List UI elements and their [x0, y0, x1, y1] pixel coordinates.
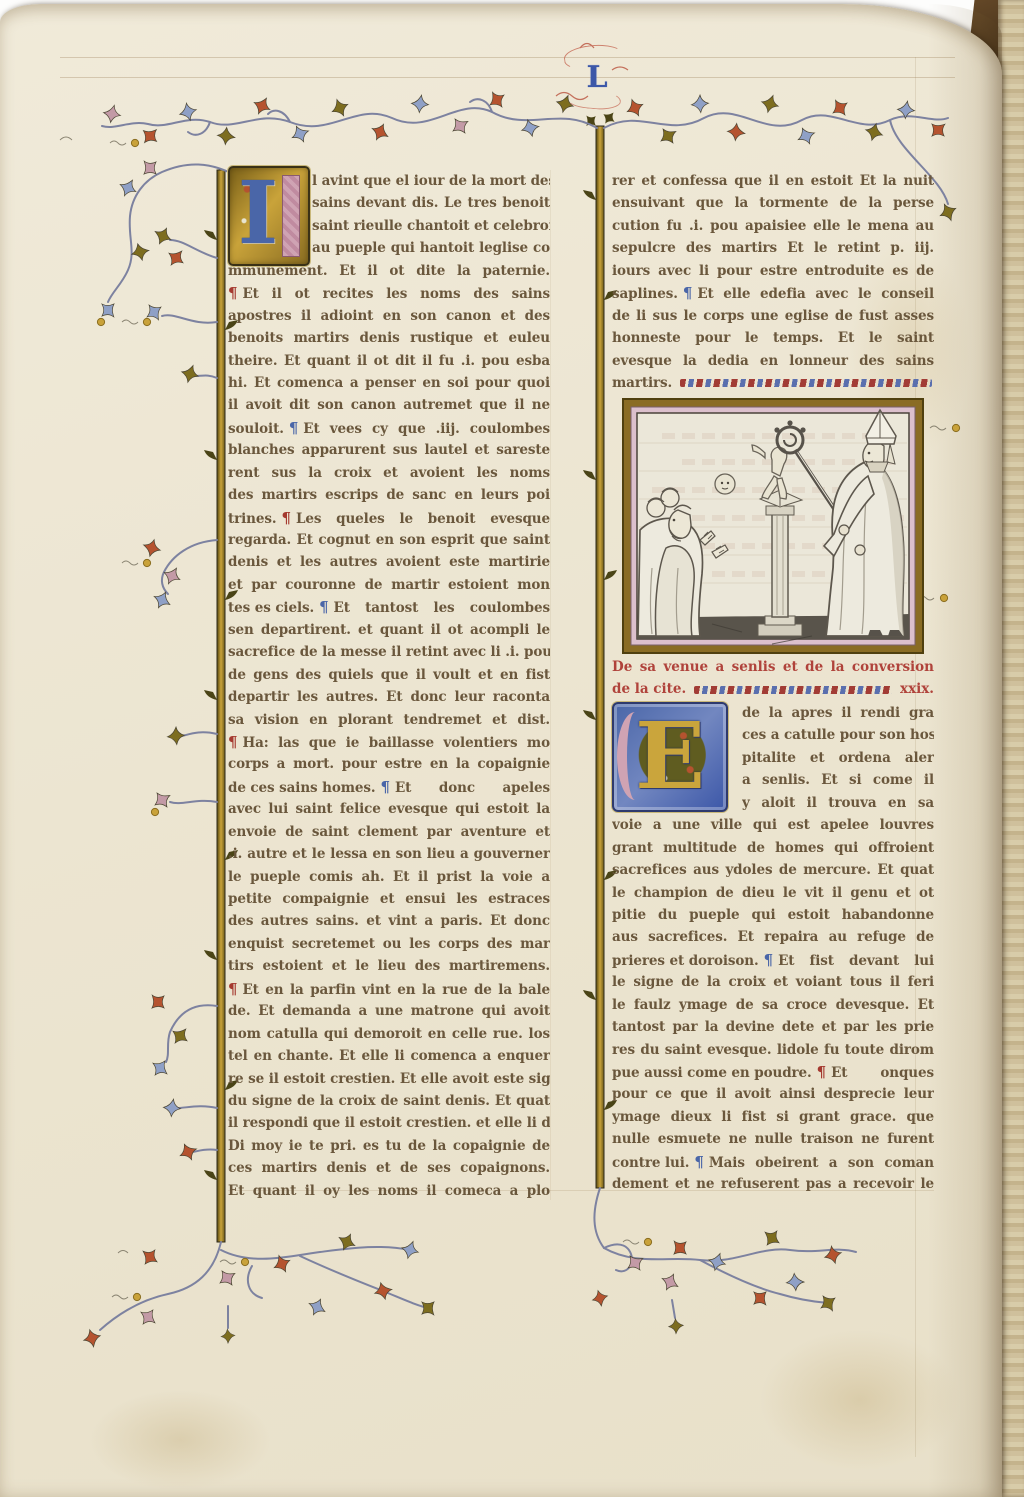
text-line: ¶Et en la parfin vint en la rue de la ba…	[228, 978, 550, 1000]
line-text: dement et ne refuserent pas a recevoir l…	[612, 1173, 934, 1195]
line-text: saplines.	[612, 283, 678, 305]
line-text: Les queles le benoit evesque	[296, 508, 550, 530]
text-line: sains devant dis. Le tres benoit	[312, 192, 550, 214]
text-line: trines.¶Les queles le benoit evesque	[228, 507, 550, 529]
line-text: le signe de la croix et voiant tous il f…	[612, 971, 934, 993]
text-line: re se il estoit crestien. Et elle avoit …	[228, 1068, 550, 1090]
line-text: de li sus le corps une eglise de fust as…	[612, 305, 934, 327]
line-text: nulle esmuete ne nulle traison ne furent	[612, 1128, 934, 1150]
line-text: corps a mort. pour estre en la copaignie	[228, 753, 550, 775]
line-text: iours avec li pour estre entroduite es d…	[612, 260, 934, 282]
text-line: souloit.¶Et vees cy que .iij. coulombes	[228, 417, 550, 439]
line-text: pue aussi come en poudre.	[612, 1062, 812, 1084]
line-text: tantost par la devine dete et par les pr…	[612, 1016, 934, 1038]
line-text: Et vees cy que .iij. coulombes	[303, 418, 550, 440]
line-text: envoie de saint clement par aventure et	[228, 821, 550, 843]
line-text: le champion de dieu le vit il genu et ot	[612, 882, 934, 904]
text-line: saplines.¶Et elle edefia avec le conseil	[612, 282, 934, 304]
text-line: ¶Ha: las que ie baillasse volentiers mo	[228, 731, 550, 753]
line-text: evesque la dedia en lonneur des sains	[612, 350, 934, 372]
line-text: le faulz ymage de sa croce devesque. Et	[612, 994, 934, 1016]
text-line: de gens des quiels que il voult et en fi…	[228, 664, 550, 686]
text-line: sacrefices aus ydoles de mercure. Et qua…	[612, 859, 934, 881]
chapter-number: xxix.	[900, 678, 934, 700]
line-text: sains devant dis. Le tres benoit	[312, 192, 550, 214]
right-text-column-chapter: de la apres il rendi graces a catulle po…	[612, 702, 934, 1196]
line-text: departir les autres. Et donc leur racont…	[228, 686, 550, 708]
line-text: de la apres il rendi gra	[742, 702, 934, 724]
line-text: Et il ot recites les noms des sains	[242, 283, 550, 305]
text-line: blanches apparurent sus lautel et sarest…	[228, 439, 550, 461]
pilcrow-mark: ¶	[228, 978, 237, 1000]
text-line: petite compaignie et ensui les estraces	[228, 888, 550, 910]
line-text: au pueple qui hantoit leglise co	[312, 237, 550, 259]
text-line: denis et les autres avoient este martiri…	[228, 551, 550, 573]
text-line: rent sus la croix et avoient les noms	[228, 462, 550, 484]
line-text: nom catulla qui demoroit en celle rue. l…	[228, 1023, 550, 1045]
text-line: grant multitude de homes qui offroient	[612, 837, 934, 859]
line-text: contre lui.	[612, 1152, 689, 1174]
pilcrow-mark: ¶	[764, 949, 773, 971]
text-line: ces martirs denis et de ses copaignons.	[228, 1157, 550, 1179]
line-text: rer et confessa que il en estoit Et la n…	[612, 170, 934, 192]
line-text: il avoit dit son canon autremet que il n…	[228, 394, 550, 416]
text-line: de. Et demanda a une matrone qui avoit	[228, 1000, 550, 1022]
line-text: apostres il adioint en son canon et des	[228, 305, 550, 327]
text-line: apostres il adioint en son canon et des	[228, 305, 550, 327]
text-line: departir les autres. Et donc leur racont…	[228, 686, 550, 708]
text-line: voie a une ville qui est apelee louvres	[612, 814, 934, 836]
text-line: du signe de la croix de saint denis. Et …	[228, 1090, 550, 1112]
text-line: martirs.	[612, 372, 934, 394]
text-line: mmunement. Et il ot dite la paternie.	[228, 260, 550, 282]
pilcrow-mark: ¶	[228, 282, 237, 304]
line-text: res du saint evesque. lidole fu toute di…	[612, 1039, 934, 1061]
initial-wrapped-lines: de la apres il rendi graces a catulle po…	[612, 702, 934, 814]
line-text: benoits martirs denis rustique et euleu	[228, 327, 550, 349]
text-line: tirs estoient et le lieu des martiremens…	[228, 955, 550, 977]
initial-wrapped-lines: l avint que el iour de la mort dessains …	[228, 170, 550, 260]
line-text: pitalite et ordena aler	[742, 747, 934, 769]
line-text: theire. Et quant il ot dit il fu .i. pou…	[228, 350, 550, 372]
text-line: .i. autre et le lessa en son lieu a gouv…	[228, 843, 550, 865]
text-line: enquist secretemet ou les corps des mar	[228, 933, 550, 955]
line-text: pour ce que il avoit ainsi desprecie leu…	[612, 1083, 934, 1105]
line-text: de. Et demanda a une matrone qui avoit	[228, 1000, 550, 1022]
text-line: regarda. Et cognut en son esprit que sai…	[228, 529, 550, 551]
rubric-line: de la cite.	[612, 678, 686, 700]
miniature-bishop-topples-idol	[622, 398, 924, 654]
rubric-line: De sa venue a senlis et de la conversion	[612, 656, 934, 678]
line-text: de gens des quiels que il voult et en fi…	[228, 664, 550, 686]
line-text: re se il estoit crestien. Et elle avoit …	[228, 1068, 550, 1090]
text-line: de ces sains homes.¶Et donc apeles	[228, 776, 550, 798]
pilcrow-mark: ¶	[289, 417, 298, 439]
text-line: il respondi que il estoit crestien. et e…	[228, 1112, 550, 1134]
line-text: Et en la parfin vint en la rue de la bal…	[242, 979, 550, 1001]
text-line: pitalite et ordena aler	[742, 747, 934, 769]
line-text: hi. Et comenca a penser en soi pour quoi	[228, 372, 550, 394]
line-text: Et elle edefia avec le conseil	[697, 283, 934, 305]
text-line: sa vision en plorant tendremet et dist.	[228, 709, 550, 731]
chapter-rubric: De sa venue a senlis et de la conversion…	[612, 656, 934, 701]
text-line: pue aussi come en poudre.¶Et onques	[612, 1061, 934, 1083]
text-line: tes es ciels.¶Et tantost les coulombes	[228, 596, 550, 618]
text-line: nom catulla qui demoroit en celle rue. l…	[228, 1023, 550, 1045]
text-line: le pueple comis ah. Et il prist la voie …	[228, 866, 550, 888]
text-line: des autres sains. et vint a paris. Et do…	[228, 910, 550, 932]
text-line: au pueple qui hantoit leglise co	[312, 237, 550, 259]
line-text: Mais obeirent a son coman	[709, 1152, 934, 1174]
right-text-column-top: rer et confessa que il en estoit Et la n…	[612, 170, 934, 394]
line-text: blanches apparurent sus lautel et sarest…	[228, 439, 550, 461]
text-line: nulle esmuete ne nulle traison ne furent	[612, 1128, 934, 1150]
text-line: sacrefice de la messe il retint avec li …	[228, 641, 550, 663]
text-line: res du saint evesque. lidole fu toute di…	[612, 1039, 934, 1061]
line-text: mmunement. Et il ot dite la paternie.	[228, 260, 550, 282]
line-text: regarda. Et cognut en son esprit que sai…	[228, 529, 550, 551]
column-lines: rer et confessa que il en estoit Et la n…	[612, 170, 934, 394]
line-text: y aloit il trouva en sa	[742, 792, 934, 814]
text-line: ensuivant que la tormente de la perse	[612, 192, 934, 214]
text-line: Et quant il oy les noms il comeca a plo	[228, 1180, 550, 1202]
line-text: sa vision en plorant tendremet et dist.	[228, 709, 550, 731]
text-line: envoie de saint clement par aventure et	[228, 821, 550, 843]
text-line: benoits martirs denis rustique et euleu	[228, 327, 550, 349]
line-text: sacrefice de la messe il retint avec li …	[228, 641, 550, 663]
line-text: ces martirs denis et de ses copaignons.	[228, 1157, 550, 1179]
column-lines: voie a une ville qui est apelee louvresg…	[612, 814, 934, 1195]
line-text: il respondi que il estoit crestien. et e…	[228, 1112, 550, 1134]
text-line: evesque la dedia en lonneur des sains	[612, 350, 934, 372]
line-text: Di moy ie te pri. es tu de la copaignie …	[228, 1135, 550, 1157]
line-text: ensuivant que la tormente de la perse	[612, 192, 934, 214]
line-filler-ornament	[680, 379, 932, 387]
line-text: petite compaignie et ensui les estraces	[228, 888, 550, 910]
pilcrow-mark: ¶	[683, 282, 692, 304]
line-text: le pueple comis ah. Et il prist la voie …	[228, 866, 550, 888]
text-line: il avoit dit son canon autremet que il n…	[228, 394, 550, 416]
line-text: Et tantost les coulombes	[334, 597, 550, 619]
pilcrow-mark: ¶	[228, 731, 237, 753]
line-text: denis et les autres avoient este martiri…	[228, 551, 550, 573]
text-line: sen departirent. et quant il ot acompli …	[228, 619, 550, 641]
quire-signature-mark: L	[574, 56, 620, 102]
line-text: enquist secretemet ou les corps des mar	[228, 933, 550, 955]
text-line: y aloit il trouva en sa	[742, 792, 934, 814]
line-text: des autres sains. et vint a paris. Et do…	[228, 910, 550, 932]
text-line: tantost par la devine dete et par les pr…	[612, 1016, 934, 1038]
line-text: ces a catulle pour son hos	[742, 724, 934, 746]
text-line: rer et confessa que il en estoit Et la n…	[612, 170, 934, 192]
line-text: sepulcre des martirs Et le retint p. iij…	[612, 237, 934, 259]
line-text: Et quant il oy les noms il comeca a plo	[228, 1180, 550, 1202]
line-text: pitie du pueple qui estoit habandonne	[612, 904, 934, 926]
manuscript-page: L I l avint que el iour de la mort dessa…	[0, 0, 1024, 1497]
text-line: honneste pour le temps. Et le saint	[612, 327, 934, 349]
line-text: prieres et doroison.	[612, 950, 759, 972]
line-text: aus sacrefices. Et repaira au refuge de	[612, 926, 934, 948]
line-text: du signe de la croix de saint denis. Et …	[228, 1090, 550, 1112]
line-text: avec lui saint felice evesque qui estoit…	[228, 798, 550, 820]
text-line: le signe de la croix et voiant tous il f…	[612, 971, 934, 993]
text-line: ¶Et il ot recites les noms des sains	[228, 282, 550, 304]
text-line: cution fu .i. pou apaisiee elle le mena …	[612, 215, 934, 237]
line-text: Et donc apeles	[395, 777, 550, 799]
text-line: ces a catulle pour son hos	[742, 724, 934, 746]
line-text: cution fu .i. pou apaisiee elle le mena …	[612, 215, 934, 237]
text-line: pitie du pueple qui estoit habandonne	[612, 904, 934, 926]
line-text: sacrefices aus ydoles de mercure. Et qua…	[612, 859, 934, 881]
line-text: saint rieulle chantoit et celebroit	[312, 215, 550, 237]
line-text: ymage dieux li fist si grant grace. que	[612, 1106, 934, 1128]
line-text: sen departirent. et quant il ot acompli …	[228, 619, 550, 641]
line-text: Et fist devant lui	[778, 950, 934, 972]
pilcrow-mark: ¶	[817, 1061, 826, 1083]
line-text: trines.	[228, 508, 276, 530]
line-text: Et onques	[831, 1062, 934, 1084]
text-line: avec lui saint felice evesque qui estoit…	[228, 798, 550, 820]
text-line: hi. Et comenca a penser en soi pour quoi	[228, 372, 550, 394]
line-text: a senlis. Et si come il	[742, 769, 934, 791]
text-line: a senlis. Et si come il	[742, 769, 934, 791]
line-text: des martirs escrips de sanc en leurs poi	[228, 484, 550, 506]
line-text: .i. autre et le lessa en son lieu a gouv…	[228, 843, 550, 865]
line-text: voie a une ville qui est apelee louvres	[612, 814, 934, 836]
line-text: de ces sains homes.	[228, 777, 376, 799]
pilcrow-mark: ¶	[319, 596, 328, 618]
text-line: des martirs escrips de sanc en leurs poi	[228, 484, 550, 506]
text-line: corps a mort. pour estre en la copaignie	[228, 753, 550, 775]
line-text: rent sus la croix et avoient les noms	[228, 462, 550, 484]
pilcrow-mark: ¶	[381, 776, 390, 798]
line-text: martirs.	[612, 372, 672, 394]
text-line: iours avec li pour estre entroduite es d…	[612, 260, 934, 282]
text-line: ymage dieux li fist si grant grace. que	[612, 1106, 934, 1128]
text-line: theire. Et quant il ot dit il fu .i. pou…	[228, 350, 550, 372]
line-text: souloit.	[228, 418, 284, 440]
text-line: le faulz ymage de sa croce devesque. Et	[612, 994, 934, 1016]
text-line: et par couronne de martir estoient mon	[228, 574, 550, 596]
line-text: honneste pour le temps. Et le saint	[612, 327, 934, 349]
text-line: de la apres il rendi gra	[742, 702, 934, 724]
line-text: tel en chante. Et elle li comenca a enqu…	[228, 1045, 550, 1067]
line-text: tes es ciels.	[228, 597, 314, 619]
column-lines: mmunement. Et il ot dite la paternie.¶Et…	[228, 260, 550, 1202]
text-line: pour ce que il avoit ainsi desprecie leu…	[612, 1083, 934, 1105]
text-line: dement et ne refuserent pas a recevoir l…	[612, 1173, 934, 1195]
pilcrow-mark: ¶	[281, 507, 290, 529]
text-line: sepulcre des martirs Et le retint p. iij…	[612, 237, 934, 259]
pilcrow-mark: ¶	[694, 1151, 703, 1173]
text-line: Di moy ie te pri. es tu de la copaignie …	[228, 1135, 550, 1157]
rubric-filler-ornament	[694, 686, 892, 694]
line-text: grant multitude de homes qui offroient	[612, 837, 934, 859]
text-line: tel en chante. Et elle li comenca a enqu…	[228, 1045, 550, 1067]
line-text: et par couronne de martir estoient mon	[228, 574, 550, 596]
text-line: l avint que el iour de la mort des	[312, 170, 550, 192]
text-line: aus sacrefices. Et repaira au refuge de	[612, 926, 934, 948]
text-line: prieres et doroison.¶Et fist devant lui	[612, 949, 934, 971]
line-text: Ha: las que ie baillasse volentiers mo	[242, 732, 550, 754]
line-text: tirs estoient et le lieu des martiremens…	[228, 955, 550, 977]
text-line: saint rieulle chantoit et celebroit	[312, 215, 550, 237]
text-line: de li sus le corps une eglise de fust as…	[612, 305, 934, 327]
text-line: contre lui.¶Mais obeirent a son coman	[612, 1151, 934, 1173]
text-line: le champion de dieu le vit il genu et ot	[612, 882, 934, 904]
left-text-column: l avint que el iour de la mort dessains …	[228, 170, 550, 1202]
line-text: l avint que el iour de la mort des	[312, 170, 550, 192]
